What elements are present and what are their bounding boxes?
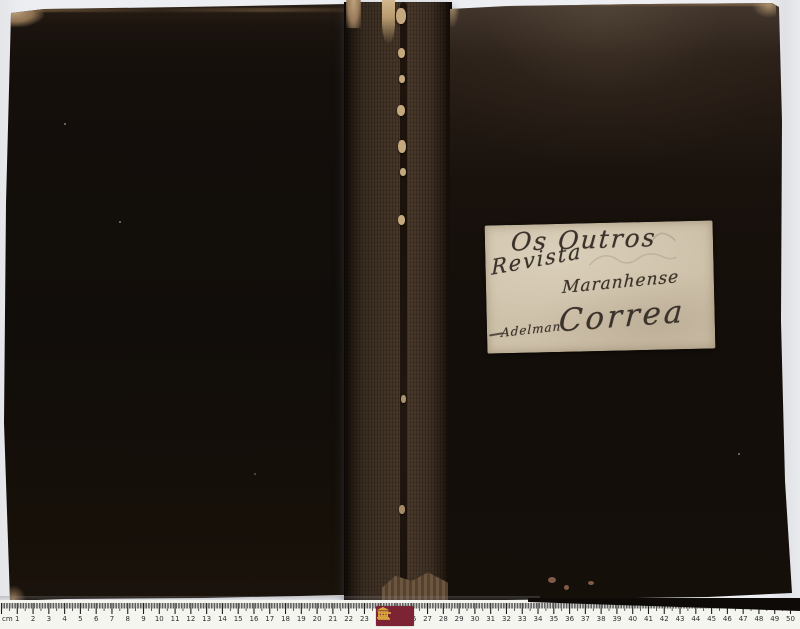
paint-chip	[564, 585, 569, 590]
ruler-number: 32	[502, 615, 511, 623]
ruler-number: 19	[297, 615, 306, 623]
ruler-number: 45	[707, 615, 716, 623]
damage-spot	[398, 140, 406, 153]
ruler-number: 22	[344, 615, 353, 623]
spine-tear-streak	[382, 0, 395, 44]
ruler-number: 4	[62, 615, 66, 623]
damage-spot	[396, 8, 406, 24]
worn-top-edge	[34, 8, 344, 12]
ruler-number: 44	[691, 615, 700, 623]
ruler-number: 15	[234, 615, 243, 623]
ruler-number: 16	[250, 615, 259, 623]
worn-corner-top-left	[10, 9, 44, 27]
speck	[119, 221, 121, 223]
paint-chip	[588, 581, 594, 585]
ruler-number: 3	[47, 615, 51, 623]
ruler-number: 29	[455, 615, 464, 623]
spine-fray-top	[346, 0, 361, 28]
ruler-number: 6	[94, 615, 98, 623]
ruler-number: 50	[786, 615, 795, 623]
ruler-number: 10	[155, 615, 164, 623]
ruler-number: 40	[628, 615, 637, 623]
ruler-number: 48	[754, 615, 763, 623]
ruler-number: 31	[486, 615, 495, 623]
ruler-number: 37	[581, 615, 590, 623]
worn-corner-top-right	[752, 2, 776, 18]
ruler-number: 18	[281, 615, 290, 623]
spine-hinge-left	[344, 2, 352, 603]
ruler-number: 7	[110, 615, 114, 623]
ruler-number: 38	[597, 615, 606, 623]
ruler-number: 35	[549, 615, 558, 623]
ruler-number: 27	[423, 615, 432, 623]
ruler-number: 34	[534, 615, 543, 623]
title-label: Os Outros Revista Maranhense Adelman Cor…	[485, 220, 716, 353]
ruler-number: 8	[126, 615, 130, 623]
ruler-number: 30	[470, 615, 479, 623]
paint-chip	[548, 577, 556, 583]
ruler-number: 23	[360, 615, 369, 623]
ruler-number: 1	[15, 615, 19, 623]
ruler-number: 2	[31, 615, 35, 623]
library-stamp	[376, 606, 414, 626]
ruler-number: 41	[644, 615, 653, 623]
ruler-number: 17	[265, 615, 274, 623]
damage-spot	[397, 105, 405, 116]
damage-spot	[398, 48, 405, 58]
ruler-number: 11	[171, 615, 180, 623]
ruler-number: 42	[660, 615, 669, 623]
back-cover	[4, 3, 347, 602]
spine	[344, 2, 452, 603]
scanner-background: Os Outros Revista Maranhense Adelman Cor…	[0, 0, 800, 629]
damage-spot	[401, 395, 406, 403]
ruler-number: 9	[141, 615, 145, 623]
ruler-number: 28	[439, 615, 448, 623]
ruler-number: 13	[202, 615, 211, 623]
worn-top-edge	[452, 2, 772, 6]
speck	[254, 473, 256, 475]
ruler-number: 49	[770, 615, 779, 623]
damage-spot	[398, 215, 405, 225]
speck	[64, 123, 66, 125]
ruler-number: 20	[313, 615, 322, 623]
ruler-number: 46	[723, 615, 732, 623]
ruler-number: 12	[186, 615, 195, 623]
ruler-number: 21	[328, 615, 337, 623]
ruler-number: 14	[218, 615, 227, 623]
ruler-number: 33	[518, 615, 527, 623]
ruler-number: 36	[565, 615, 574, 623]
speck	[738, 453, 740, 455]
ruler-number: 39	[612, 615, 621, 623]
ruler-number: 47	[739, 615, 748, 623]
ruler-number: 43	[676, 615, 685, 623]
book-cover-scan: Os Outros Revista Maranhense Adelman Cor…	[0, 0, 800, 629]
damage-spot	[399, 75, 405, 83]
damage-spot	[400, 168, 406, 176]
ruler-number: 5	[78, 615, 82, 623]
ruler-unit-label: cm	[2, 615, 13, 623]
damage-spot	[399, 505, 405, 514]
